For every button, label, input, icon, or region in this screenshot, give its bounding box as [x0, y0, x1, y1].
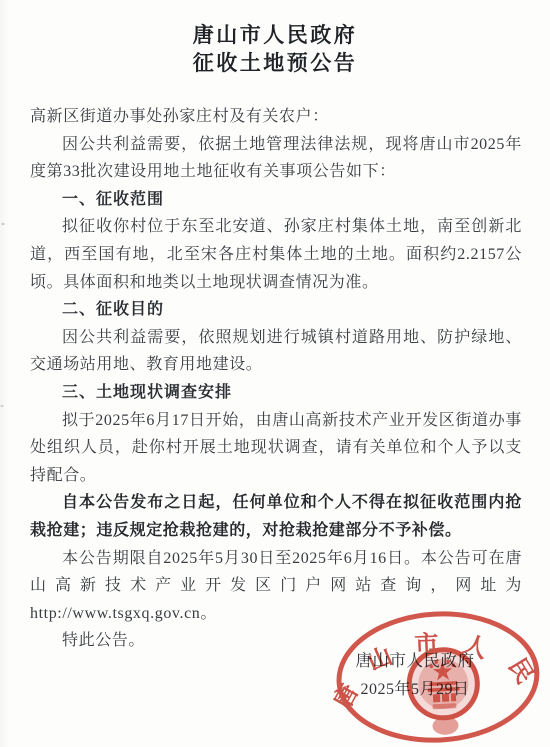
section-body-survey: 拟于2025年6月17日开始，由唐山高新技术产业开发区街道办事处组织人员，赴你村… — [30, 407, 522, 490]
section-body-scope: 拟征收你村位于东至北安道、孙家庄村集体土地，南至创新北道，西至国有地，北至宋各庄… — [30, 213, 522, 296]
document-title-subject: 征收土地预公告 — [0, 49, 550, 77]
intro-paragraph: 因公共利益需要，依据土地管理法律法规，现将唐山市2025年度第33批次建设用地土… — [30, 131, 522, 186]
section-heading-purpose: 二、征收目的 — [30, 296, 522, 324]
section-heading-survey: 三、土地现状调查安排 — [30, 379, 522, 407]
salutation: 高新区街道办事处孙家庄村及有关农户： — [30, 103, 522, 131]
section-heading-scope: 一、征收范围 — [30, 186, 522, 214]
section-body-purpose: 因公共利益需要，依照规划进行城镇村道路用地、防护绿地、交通场站用地、教育用地建设… — [30, 324, 522, 379]
document-body: 高新区街道办事处孙家庄村及有关农户： 因公共利益需要，依据土地管理法律法规，现将… — [30, 103, 522, 655]
document-title-authority: 唐山市人民政府 — [0, 21, 550, 49]
document-title-block: 唐山市人民政府 征收土地预公告 — [0, 21, 550, 77]
warning-paragraph: 自本公告发布之日起，任何单位和个人不得在拟征收范围内抢栽抢建；违反规定抢栽抢建的… — [30, 489, 522, 544]
validity-paragraph: 本公告期限自2025年5月30日至2025年6月16日。本公告可在唐山高新技术产… — [30, 545, 522, 628]
announcement-page: 唐山市人民政府 征收土地预公告 高新区街道办事处孙家庄村及有关农户： 因公共利益… — [0, 0, 550, 747]
signature-date: 2025年5月29日 — [349, 676, 481, 699]
signature-authority: 唐山市人民政府 — [349, 647, 481, 671]
